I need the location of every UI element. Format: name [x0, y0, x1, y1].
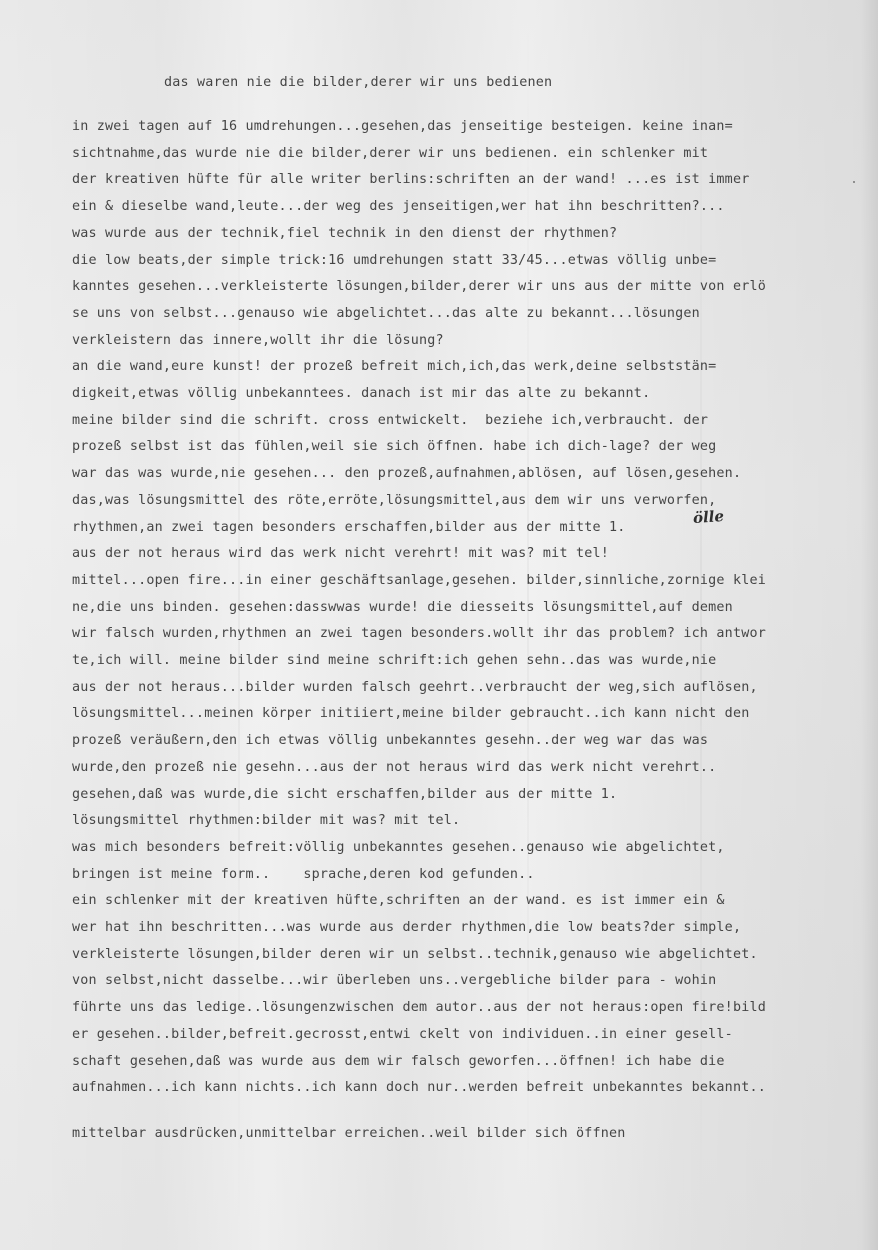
text-line: ne,die uns binden. gesehen:dasswwas wurd…: [72, 600, 733, 615]
text-line: mittel...open fire...in einer geschäftsa…: [72, 573, 766, 588]
text-line: ein & dieselbe wand,leute...der weg des …: [72, 199, 725, 214]
text-line: aus der not heraus wird das werk nicht v…: [72, 546, 609, 561]
text-line: aus der not heraus...bilder wurden falsc…: [72, 680, 758, 695]
text-line: die low beats,der simple trick:16 umdreh…: [72, 253, 716, 268]
text-line: rhythmen,an zwei tagen besonders erschaf…: [72, 520, 626, 535]
text-line: wir falsch wurden,rhythmen an zwei tagen…: [72, 626, 766, 641]
text-line: der kreativen hüfte für alle writer berl…: [72, 172, 749, 187]
text-line: lösungsmittel...meinen körper initiiert,…: [72, 706, 749, 721]
text-line: gesehen,daß was wurde,die sicht erschaff…: [72, 787, 617, 802]
text-line: verkleisterte lösungen,bilder deren wir …: [72, 947, 758, 962]
paper-speck: [853, 181, 855, 183]
text-line: ein schlenker mit der kreativen hüfte,sc…: [72, 893, 725, 908]
text-line: prozeß selbst ist das fühlen,weil sie si…: [72, 439, 716, 454]
text-line: se uns von selbst...genauso wie abgelich…: [72, 306, 700, 321]
text-line: schaft gesehen,daß was wurde aus dem wir…: [72, 1054, 725, 1069]
text-line: meine bilder sind die schrift. cross ent…: [72, 413, 708, 428]
text-line: er gesehen..bilder,befreit.gecrosst,entw…: [72, 1027, 733, 1042]
handwritten-annotation: ölle: [692, 507, 724, 527]
text-line: digkeit,etwas völlig unbekanntees. danac…: [72, 386, 650, 401]
text-line: das,was lösungsmittel des röte,erröte,lö…: [72, 493, 716, 508]
typewritten-page: das waren nie die bilder,derer wir uns b…: [0, 0, 878, 1250]
text-line: sichtnahme,das wurde nie die bilder,dere…: [72, 146, 708, 161]
text-line: verkleistern das innere,wollt ihr die lö…: [72, 333, 444, 348]
text-line: lösungsmittel rhythmen:bilder mit was? m…: [72, 813, 460, 828]
text-line: prozeß veräußern,den ich etwas völlig un…: [72, 733, 708, 748]
text-line: wer hat ihn beschritten...was wurde aus …: [72, 920, 741, 935]
text-line: was mich besonders befreit:völlig unbeka…: [72, 840, 725, 855]
text-line: kanntes gesehen...verkleisterte lösungen…: [72, 279, 766, 294]
text-line: wurde,den prozeß nie gesehn...aus der no…: [72, 760, 716, 775]
text-line: in zwei tagen auf 16 umdrehungen...geseh…: [72, 119, 733, 134]
text-line: führte uns das ledige..lösungenzwischen …: [72, 1000, 766, 1015]
text-line: war das was wurde,nie gesehen... den pro…: [72, 466, 741, 481]
text-line: te,ich will. meine bilder sind meine sch…: [72, 653, 716, 668]
final-line: mittelbar ausdrücken,unmittelbar erreich…: [72, 1126, 626, 1141]
document-title: das waren nie die bilder,derer wir uns b…: [164, 75, 552, 90]
text-line: von selbst,nicht dasselbe...wir überlebe…: [72, 973, 716, 988]
text-line: an die wand,eure kunst! der prozeß befre…: [72, 359, 716, 374]
text-line: was wurde aus der technik,fiel technik i…: [72, 226, 617, 241]
text-line: bringen ist meine form.. sprache,deren k…: [72, 867, 535, 882]
text-line: aufnahmen...ich kann nichts..ich kann do…: [72, 1080, 766, 1095]
